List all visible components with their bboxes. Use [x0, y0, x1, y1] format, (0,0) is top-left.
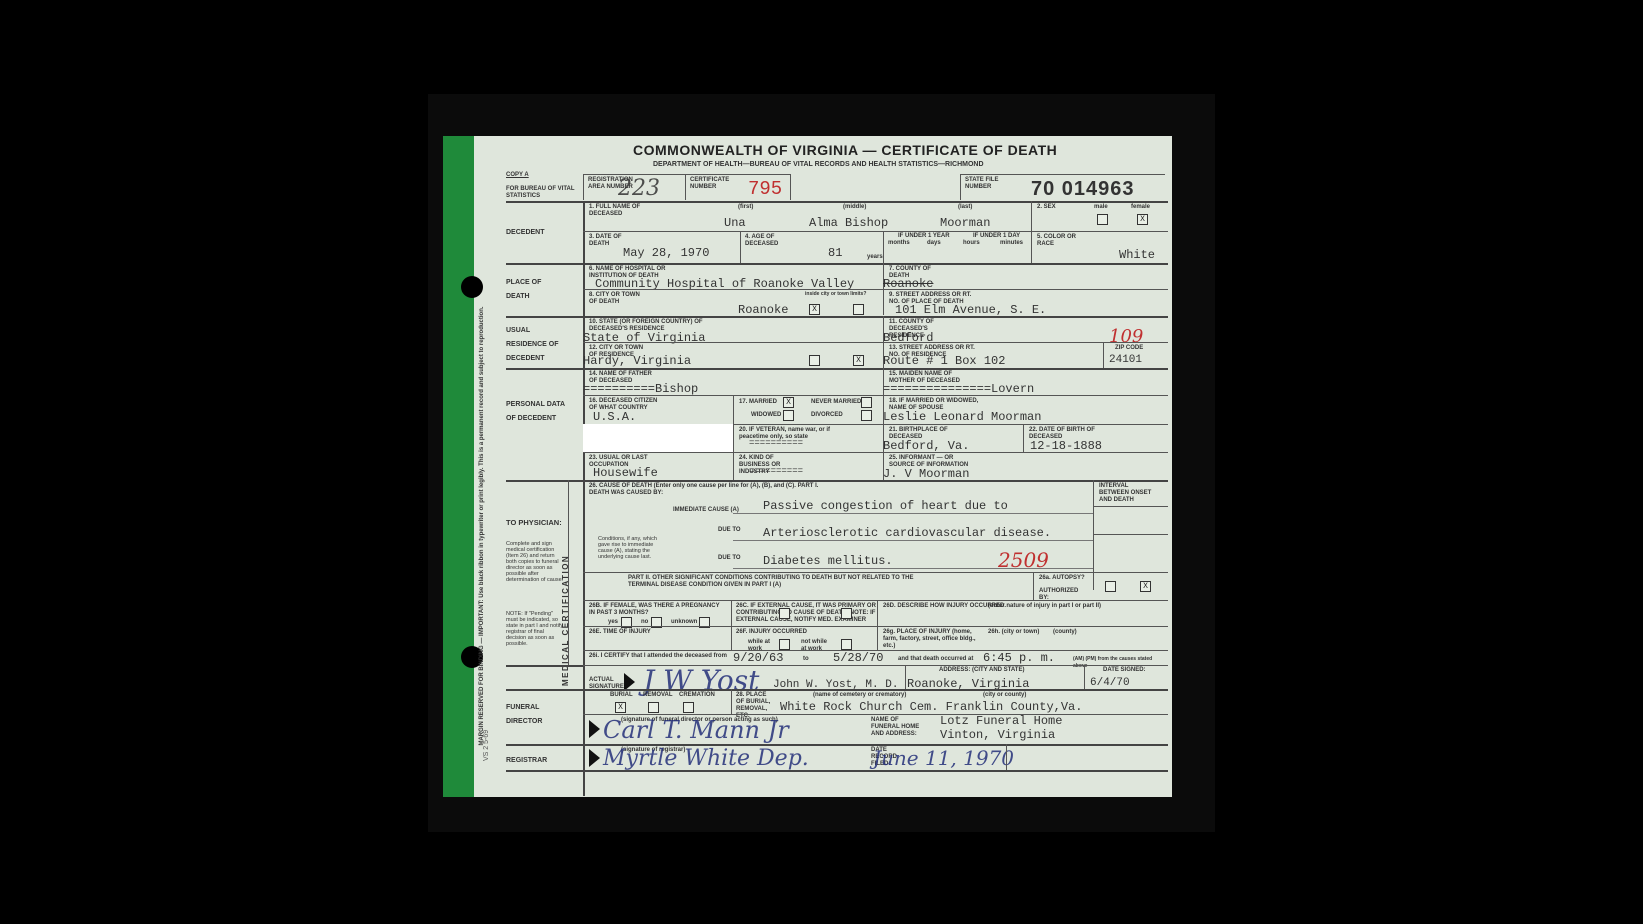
sex-male-checkbox[interactable]: [1097, 214, 1108, 225]
external-contributing-checkbox[interactable]: [841, 608, 852, 619]
death-certificate: MARGIN RESERVED FOR BINDING — IMPORTANT:…: [443, 136, 1172, 797]
street-residence: Route # 1 Box 102: [883, 354, 1005, 368]
city-of-death: Roanoke: [738, 303, 788, 317]
cause-code: 2509: [998, 548, 1049, 572]
document-title: COMMONWEALTH OF VIRGINIA — CERTIFICATE O…: [633, 142, 1057, 158]
punch-hole: [461, 276, 483, 298]
certificate-number-label: CERTIFICATE NUMBER: [690, 177, 730, 191]
mother-maiden-name: ===============Lovern: [883, 382, 1034, 396]
date-record-filed: June 11, 1970: [873, 746, 1014, 770]
veteran-status: ==========: [749, 438, 803, 448]
last-name: Moorman: [940, 216, 990, 230]
section-place-of-death: PLACE OF DEATH: [506, 276, 566, 304]
autopsy-yes-checkbox[interactable]: [1105, 581, 1116, 592]
date-signed: 6/4/70: [1090, 677, 1130, 689]
section-personal-data: PERSONAL DATA OF DECEDENT: [506, 398, 566, 426]
funeral-home-name: Lotz Funeral Home: [940, 714, 1062, 728]
county-code: 109: [1109, 326, 1143, 347]
date-of-death: May 28, 1970: [623, 246, 709, 260]
while-at-work-checkbox[interactable]: [779, 639, 790, 650]
for-bureau-label: FOR BUREAU OF VITAL STATISTICS: [506, 186, 581, 200]
not-while-at-work-checkbox[interactable]: [841, 639, 852, 650]
middle-name: Alma Bishop: [809, 216, 888, 230]
never-married-checkbox[interactable]: [861, 397, 872, 408]
residence-inside-no-checkbox[interactable]: X: [853, 355, 864, 366]
spouse-name: Leslie Leonard Moorman: [883, 410, 1041, 424]
cremation-checkbox[interactable]: [683, 702, 694, 713]
external-primary-checkbox[interactable]: [779, 608, 790, 619]
death-inside-yes-checkbox[interactable]: X: [809, 304, 820, 315]
section-registrar: REGISTRAR: [506, 754, 547, 768]
form-code: VS 2 5-69: [483, 730, 490, 761]
cause-c: Diabetes mellitus.: [763, 554, 893, 568]
sex-female-checkbox[interactable]: X: [1137, 214, 1148, 225]
business-industry: ==========: [749, 466, 803, 476]
street-of-death: 101 Elm Avenue, S. E.: [895, 303, 1046, 317]
color-race: White: [1119, 248, 1155, 262]
section-decedent: DECEDENT: [506, 226, 545, 240]
attended-from: 9/20/63: [733, 651, 783, 665]
cause-b: Arteriosclerotic cardiovascular disease.: [763, 526, 1051, 540]
divorced-checkbox[interactable]: [861, 410, 872, 421]
redacted-field: [583, 424, 733, 452]
registration-area-number: 223: [618, 176, 660, 201]
section-usual-residence: USUAL RESIDENCE OF DECEDENT: [506, 324, 566, 366]
sign-here-arrow-icon: [589, 720, 600, 738]
residence-inside-yes-checkbox[interactable]: [809, 355, 820, 366]
binding-margin: [443, 136, 474, 797]
autopsy-no-checkbox[interactable]: X: [1140, 581, 1151, 592]
birthplace: Bedford, Va.: [883, 439, 969, 453]
removal-checkbox[interactable]: [648, 702, 659, 713]
certificate-number: 795: [748, 178, 782, 200]
full-name-label: 1. FULL NAME OF DECEASED: [589, 204, 669, 218]
age: 81: [828, 246, 842, 260]
attended-to: 5/28/70: [833, 651, 883, 665]
citizenship: U.S.A.: [593, 410, 636, 424]
first-name: Una: [724, 216, 746, 230]
funeral-director-signature: Carl T. Mann Jr: [603, 716, 789, 744]
time-of-death: 6:45 p. m.: [983, 651, 1055, 665]
death-inside-no-checkbox[interactable]: [853, 304, 864, 315]
burial-checkbox[interactable]: X: [615, 702, 626, 713]
informant: J. V Moorman: [883, 467, 969, 481]
place-of-burial: White Rock Church Cem. Franklin County,V…: [780, 700, 1082, 714]
state-file-label: STATE FILE NUMBER: [965, 177, 1005, 191]
sign-here-arrow-icon: [589, 749, 600, 767]
occupation: Housewife: [593, 466, 658, 480]
zip-code: 24101: [1109, 354, 1142, 366]
state-file-number: 70 014963: [1031, 178, 1135, 201]
section-funeral-director: FUNERAL DIRECTOR: [506, 701, 566, 729]
copy-label: COPY A: [506, 172, 529, 179]
father-name: ==========Bishop: [583, 382, 698, 396]
registrar-signature: Myrtle White Dep.: [603, 746, 809, 771]
city-residence: Hardy, Virginia: [583, 354, 691, 368]
funeral-home-address: Vinton, Virginia: [940, 728, 1055, 742]
document-subtitle: DEPARTMENT OF HEALTH—BUREAU OF VITAL REC…: [653, 161, 984, 168]
cause-a: Passive congestion of heart due to: [763, 499, 1008, 513]
date-of-birth: 12-18-1888: [1030, 439, 1102, 453]
married-checkbox[interactable]: X: [783, 397, 794, 408]
margin-note: MARGIN RESERVED FOR BINDING — IMPORTANT:…: [479, 326, 509, 746]
to-physician-label: TO PHYSICIAN:: [506, 516, 562, 530]
pending-note: NOTE: If "Pending" must be indicated, so…: [506, 611, 564, 647]
physician-instructions: Complete and sign medical certification …: [506, 541, 564, 583]
widowed-checkbox[interactable]: [783, 410, 794, 421]
